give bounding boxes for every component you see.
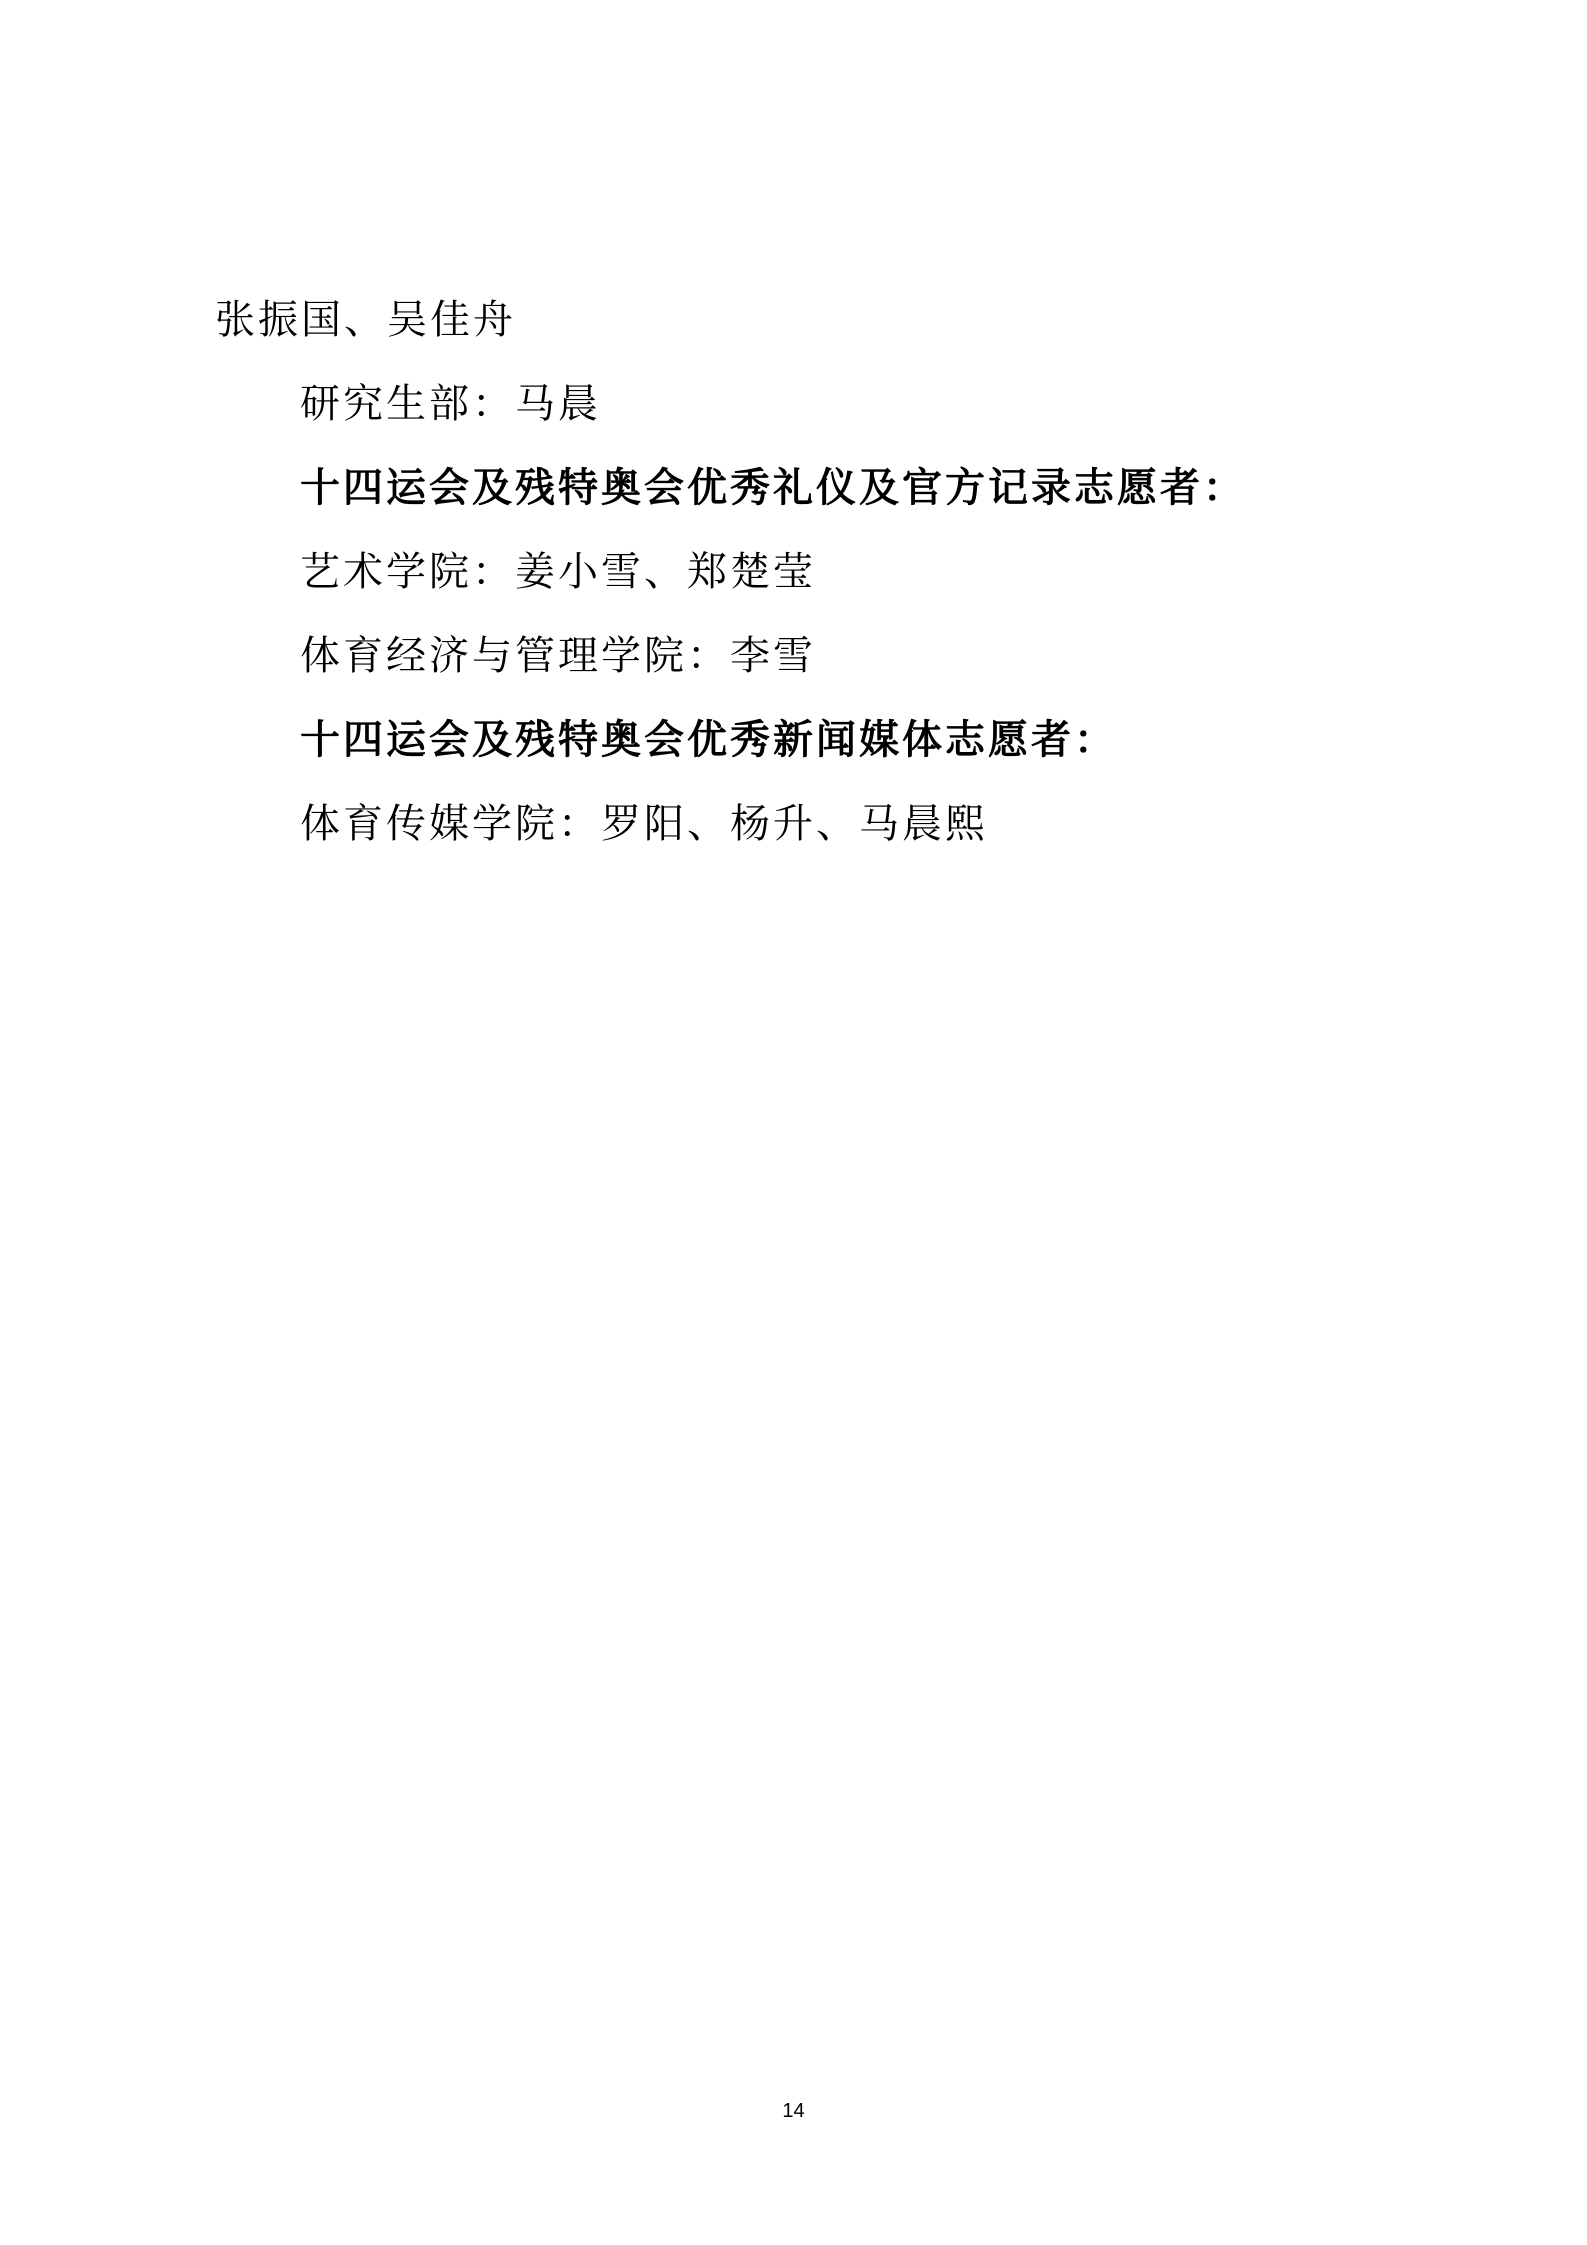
entry-graduate-department: 研究生部：马晨 <box>300 380 601 428</box>
document-page: 张振国、吴佳舟 研究生部：马晨 十四运会及残特奥会优秀礼仪及官方记录志愿者： 艺… <box>0 0 1587 2245</box>
entry-sports-media-college: 体育传媒学院：罗阳、杨升、马晨熙 <box>300 800 988 848</box>
section-heading-media-volunteers: 十四运会及残特奥会优秀新闻媒体志愿者： <box>300 716 1117 764</box>
name-list-continuation: 张振国、吴佳舟 <box>215 296 516 344</box>
entry-sports-economics-college: 体育经济与管理学院：李雪 <box>300 632 816 680</box>
page-number: 14 <box>0 2100 1587 2123</box>
entry-art-college: 艺术学院：姜小雪、郑楚莹 <box>300 548 816 596</box>
section-heading-etiquette-volunteers: 十四运会及残特奥会优秀礼仪及官方记录志愿者： <box>300 464 1246 512</box>
